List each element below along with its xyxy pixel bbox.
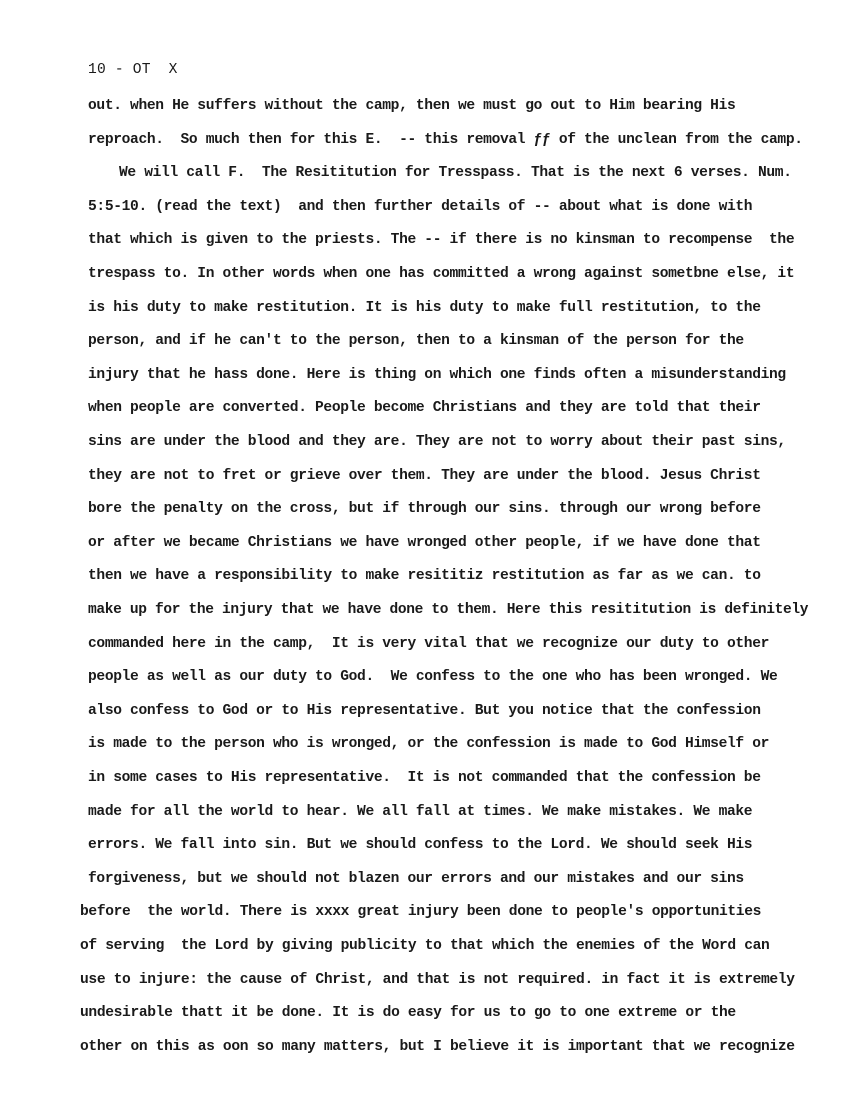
text-line: or after we became Christians we have wr… (88, 533, 761, 553)
text-line: is made to the person who is wronged, or… (88, 734, 769, 754)
text-line: reproach. So much then for this E. -- th… (88, 130, 803, 150)
text-line: injury that he hass done. Here is thing … (88, 365, 786, 385)
text-line: person, and if he can't to the person, t… (88, 331, 744, 351)
typewritten-page: 10 - OT X out. when He suffers without t… (0, 0, 855, 1110)
text-line: other on this as oon so many matters, bu… (80, 1037, 795, 1057)
text-line: that which is given to the priests. The … (88, 230, 794, 250)
text-line: bore the penalty on the cross, but if th… (88, 499, 761, 519)
text-line: then we have a responsibility to make re… (88, 566, 761, 586)
text-line: sins are under the blood and they are. T… (88, 432, 786, 452)
text-line: commanded here in the camp, It is very v… (88, 634, 769, 654)
text-line: 5:5-10. (read the text) and then further… (88, 197, 752, 217)
text-line: forgiveness, but we should not blazen ou… (88, 869, 744, 889)
text-line: undesirable thatt it be done. It is do e… (80, 1003, 736, 1023)
text-line: people as well as our duty to God. We co… (88, 667, 777, 687)
text-line: also confess to God or to His representa… (88, 701, 761, 721)
text-line: errors. We fall into sin. But we should … (88, 835, 752, 855)
text-line: We will call F. The Resititution for Tre… (119, 163, 792, 183)
text-line: use to injure: the cause of Christ, and … (80, 970, 795, 990)
text-line: made for all the world to hear. We all f… (88, 802, 752, 822)
text-line: in some cases to His representative. It … (88, 768, 761, 788)
text-line: out. when He suffers without the camp, t… (88, 96, 735, 116)
text-line: is his duty to make restitution. It is h… (88, 298, 761, 318)
text-line: of serving the Lord by giving publicity … (80, 936, 769, 956)
text-line: before the world. There is xxxx great in… (80, 902, 761, 922)
text-line: when people are converted. People become… (88, 398, 761, 418)
text-line: they are not to fret or grieve over them… (88, 466, 761, 486)
text-line: trespass to. In other words when one has… (88, 264, 794, 284)
text-line: make up for the injury that we have done… (88, 600, 808, 620)
page-header: 10 - OT X (88, 62, 178, 78)
